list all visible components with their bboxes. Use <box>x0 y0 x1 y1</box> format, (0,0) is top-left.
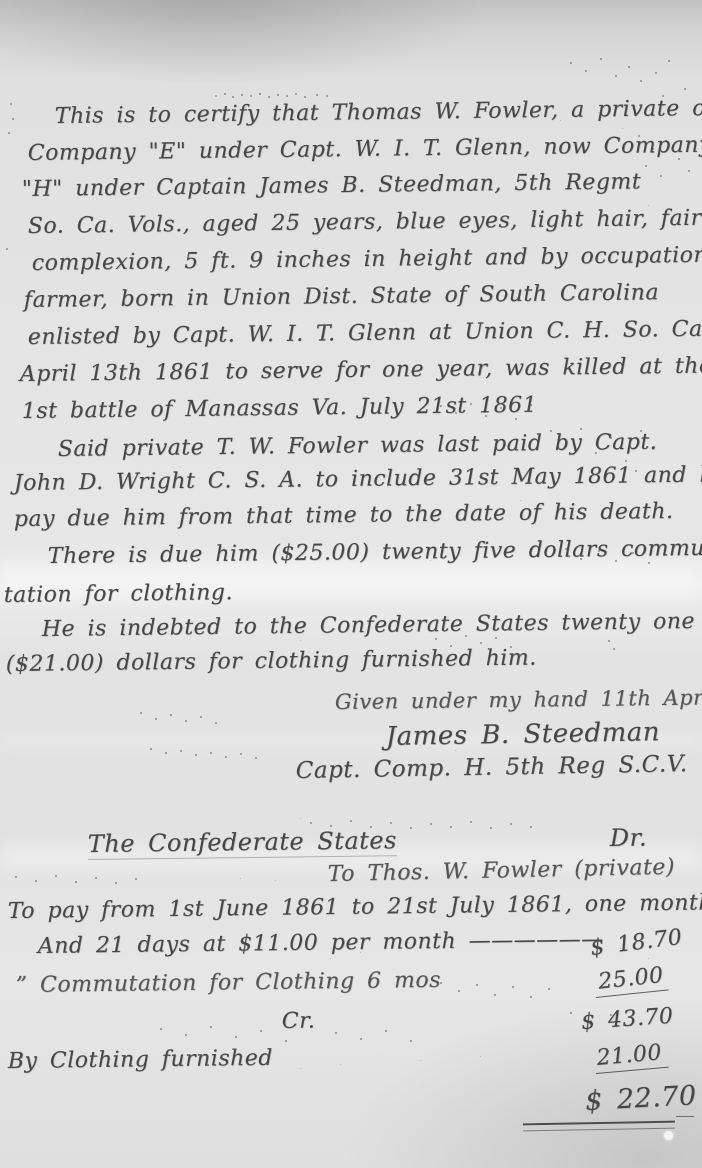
certificate-line: farmer, born in Union Dist. State of Sou… <box>24 280 659 313</box>
ledger-row-amount: 25.00 <box>593 962 669 998</box>
certificate-line: complexion, 5 ft. 9 inches in height and… <box>32 242 702 276</box>
indebted-line: ($21.00) dollars for clothing furnished … <box>6 646 537 677</box>
stray-pen-dash <box>676 1116 694 1117</box>
total-double-underline <box>523 1121 675 1132</box>
ledger-row-amount: $ 43.70 <box>580 1004 674 1035</box>
commutation-due-line: tation for clothing. <box>4 580 233 608</box>
certificate-line: This is to certify that Thomas W. Fowler… <box>55 96 702 129</box>
attestation-date-line: Given under my hand 11th April 1862 <box>335 684 702 714</box>
signature: James B. Steedman <box>385 717 660 752</box>
last-paid-line: Said private T. W. Fowler was last paid … <box>58 430 658 462</box>
ledger-total-amount: $ 22.70 <box>584 1080 697 1117</box>
scan-artifact-dot <box>664 1131 673 1140</box>
scan-noise-dots <box>0 0 1 1</box>
certificate-line: Company "E" under Capt. W. I. T. Glenn, … <box>28 133 702 166</box>
last-paid-line: pay due him from that time to the date o… <box>14 499 674 532</box>
certificate-line: "H" under Captain James B. Steedman, 5th… <box>22 169 642 202</box>
account-creditor: The Confederate States <box>88 826 397 860</box>
ledger-row-text: And 21 days at $11.00 per month —————— <box>38 927 604 959</box>
account-debit-abbrev: Dr. <box>610 824 648 852</box>
last-paid-line: John D. Wright C. S. A. to include 31st … <box>14 462 702 496</box>
ledger-row-text: ” Commutation for Clothing 6 mos <box>16 968 441 998</box>
certificate-line: 1st battle of Manassas Va. July 21st 186… <box>22 393 538 424</box>
scanned-document-page: This is to certify that Thomas W. Fowler… <box>0 0 702 1168</box>
ledger-row-text: By Clothing furnished <box>8 1046 273 1074</box>
ledger-row-amount: 21.00 <box>594 1040 670 1074</box>
certificate-line: April 13th 1861 to serve for one year, w… <box>20 354 702 387</box>
ledger-row-text: To pay from 1st June 1861 to 21st July 1… <box>8 890 702 924</box>
indebted-line: He is indebted to the Confederate States… <box>42 609 695 642</box>
signature-title: Capt. Comp. H. 5th Reg S.C.V. <box>296 751 688 784</box>
ledger-row-text: Cr. <box>282 1009 316 1034</box>
certificate-line: So. Ca. Vols., aged 25 years, blue eyes,… <box>28 206 702 239</box>
certificate-line: enlisted by Capt. W. I. T. Glenn at Unio… <box>28 317 702 350</box>
